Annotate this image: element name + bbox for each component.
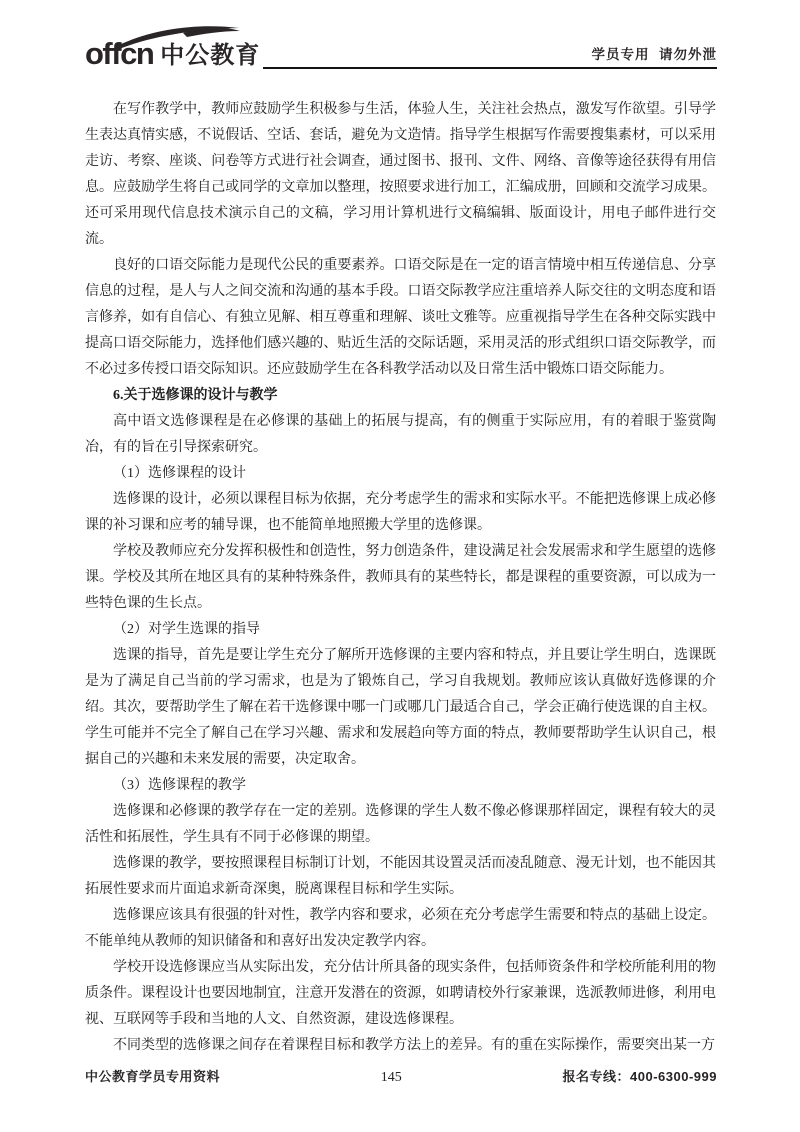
paragraph: 在写作教学中，教师应鼓励学生积极参与生活，体验人生，关注社会热点，激发写作欲望。… [85,97,716,253]
page-footer: 中公教育学员专用资料 145 报名专线：400-6300-999 [85,1066,717,1086]
section-heading: 6.关于选修课的设计与教学 [85,383,716,409]
paragraph: 选修课和必修课的教学存在一定的差别。选修课的学生人数不像必修课那样固定，课程有较… [85,799,716,851]
paragraph: 学校及教师应充分发挥积极性和创造性，努力创造条件，建设满足社会发展需求和学生愿望… [85,539,716,617]
subsection-heading: （3）选修课程的教学 [85,773,716,799]
footer-brand-text: 中公教育学员专用资料 [85,1066,220,1085]
paragraph: 选修课的教学，要按照课程目标制订计划，不能因其设置灵活而凌乱随意、漫无计划，也不… [85,851,716,903]
document-page: offcn 中公教育 学员专用 请勿外泄 在写作教学中，教师应鼓励学生积极参与生… [0,0,800,1132]
paragraph: 选修课的设计，必须以课程目标为依据，充分考虑学生的需求和实际水平。不能把选修课上… [85,487,716,539]
paragraph: 高中语文选修课程是在必修课的基础上的拓展与提高，有的侧重于实际应用，有的着眼于鉴… [85,409,716,461]
footer-hotline: 报名专线：400-6300-999 [563,1066,717,1085]
logo-brand-name: 中公教育 [160,44,260,68]
offcn-logo: offcn 中公教育 [85,38,263,69]
subsection-heading: （2）对学生选课的指导 [85,617,716,643]
paragraph: 学校开设选修课应当从实际出发，充分估计所具备的现实条件，包括师资条件和学校所能利… [85,955,716,1033]
confidential-note: 学员专用 请勿外泄 [591,43,717,63]
document-body: 在写作教学中，教师应鼓励学生积极参与生活，体验人生，关注社会热点，激发写作欲望。… [85,97,716,1059]
paragraph: 不同类型的选修课之间存在着课程目标和教学方法上的差异。有的重在实际操作，需要突出… [85,1033,716,1059]
page-number: 145 [220,1070,563,1086]
subsection-heading: （1）选修课程的设计 [85,461,716,487]
paragraph: 良好的口语交际能力是现代公民的重要素养。口语交际是在一定的语言情境中相互传递信息… [85,253,716,383]
page-header: offcn 中公教育 学员专用 请勿外泄 [85,38,717,69]
paragraph: 选修课应该具有很强的针对性，教学内容和要求，必须在充分考虑学生需要和特点的基础上… [85,903,716,955]
logo-wordmark: offcn [85,38,153,69]
paragraph: 选课的指导，首先是要让学生充分了解所开选修课的主要内容和特点，并且要让学生明白，… [85,643,716,773]
header-right: 学员专用 请勿外泄 [263,43,717,69]
header-rule [263,67,717,69]
